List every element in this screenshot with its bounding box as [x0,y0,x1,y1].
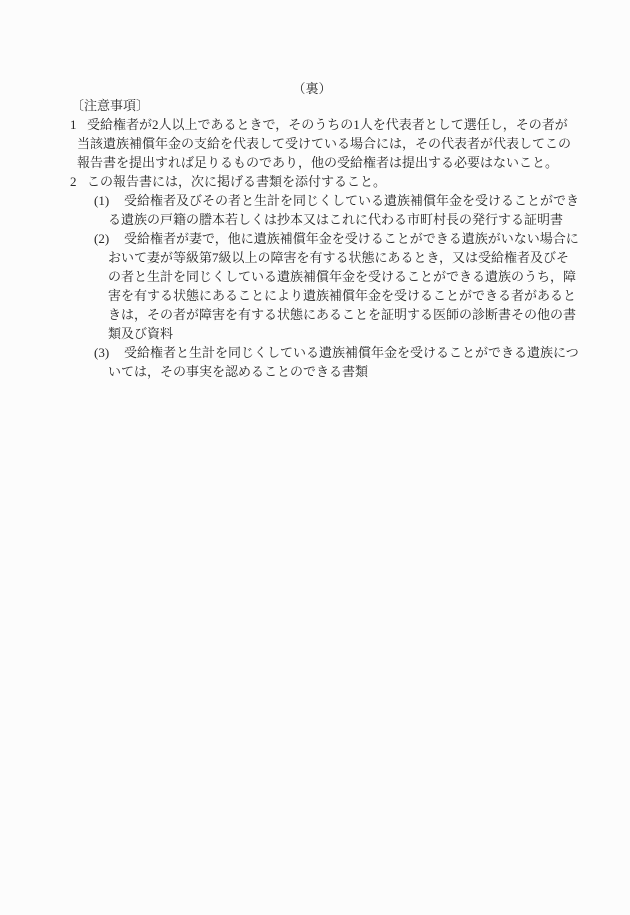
note-subitem-2-line-3: の者と生計を同じくしている遺族補償年金を受けることができる遺族のうち，障 [0,267,630,286]
note-subitem-3-number: (3) [94,343,124,362]
note-item-2-line-1: 2この報告書には，次に掲げる書類を添付すること。 [0,172,630,191]
note-subitem-2-line-1: (2)受給権者が妻で，他に遺族補償年金を受けることができる遺族がいない場合に [0,229,630,248]
note-subitem-2-number: (2) [94,229,124,248]
notes-section: 〔注意事項〕 1受給権者が2人以上であるときで，そのうちの1人を代表者として選任… [0,96,630,381]
notes-title: 〔注意事項〕 [0,96,630,115]
note-subitem-1-number: (1) [94,191,124,210]
note-item-1-line-3: 報告書を提出すれば足りるものであり，他の受給権者は提出する必要はないこと。 [0,153,630,172]
note-item-1-number: 1 [70,115,87,134]
note-subitem-2-line-5: きは，その者が障害を有する状態にあることを証明する医師の診断書その他の書 [0,305,630,324]
document-page-back: （裏） 〔注意事項〕 1受給権者が2人以上であるときで，そのうちの1人を代表者と… [0,0,630,915]
note-item-1-line-2: 当該遺族補償年金の支給を代表して受けている場合には，その代表者が代表してこの [0,134,630,153]
note-subitem-3-line-1: (3)受給権者と生計を同じくしている遺族補償年金を受けることができる遺族につ [0,343,630,362]
note-subitem-1-text: 受給権者及びその者と生計を同じくしている遺族補償年金を受けることができ [124,193,579,208]
note-subitem-2-line-2: おいて妻が等級第7級以上の障害を有する状態にあるとき，又は受給権者及びそ [0,248,630,267]
note-subitem-2-line-4: 害を有する状態にあることにより遺族補償年金を受けることができる者があると [0,286,630,305]
note-subitem-2-line-6: 類及び資料 [0,324,630,343]
page-side-label: （裏） [0,82,624,96]
note-item-1-text: 受給権者が2人以上であるときで，そのうちの1人を代表者として選任し，その者が [87,117,568,132]
note-subitem-1-line-1: (1)受給権者及びその者と生計を同じくしている遺族補償年金を受けることができ [0,191,630,210]
note-item-2-number: 2 [70,172,87,191]
note-item-1-line-1: 1受給権者が2人以上であるときで，そのうちの1人を代表者として選任し，その者が [0,115,630,134]
note-subitem-2-text: 受給権者が妻で，他に遺族補償年金を受けることができる遺族がいない場合に [124,231,579,246]
note-subitem-3-text: 受給権者と生計を同じくしている遺族補償年金を受けることができる遺族につ [124,345,579,360]
note-subitem-1-line-2: る遺族の戸籍の謄本若しくは抄本又はこれに代わる市町村長の発行する証明書 [0,210,630,229]
note-item-2-text: この報告書には，次に掲げる書類を添付すること。 [87,174,386,189]
note-subitem-3-line-2: いては，その事実を認めることのできる書類 [0,362,630,381]
